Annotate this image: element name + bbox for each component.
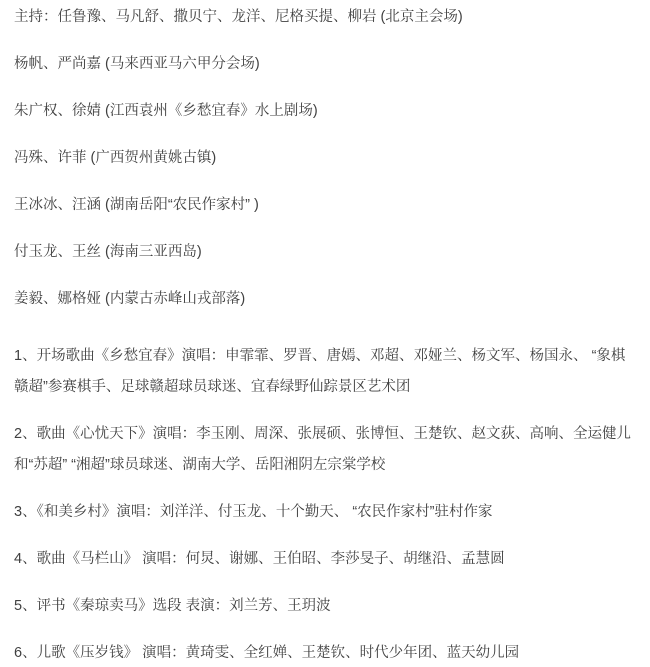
host-line: 王冰冰、汪涵 (湖南岳阳“农民作家村” ) (14, 190, 639, 221)
host-line: 杨帆、严尚嘉 (马来西亚马六甲分会场) (14, 49, 639, 80)
host-line: 主持：任鲁豫、马凡舒、撒贝宁、龙洋、尼格买提、柳岩 (北京主会场) (14, 2, 639, 33)
host-line: 姜毅、娜格娅 (内蒙古赤峰山戎部落) (14, 284, 639, 315)
host-line: 朱广权、徐婧 (江西袁州《乡愁宜春》水上剧场) (14, 96, 639, 127)
program-item: 4、歌曲《马栏山》 演唱：何炅、谢娜、王伯昭、李莎旻子、胡继沿、孟慧圆 (14, 544, 639, 575)
program-item: 2、歌曲《心忧天下》演唱：李玉刚、周深、张展硕、张博恒、王楚钦、赵文荻、高响、全… (14, 419, 639, 481)
program-item: 5、评书《秦琼卖马》选段 表演：刘兰芳、王玥波 (14, 591, 639, 622)
gala-program-document: 主持：任鲁豫、马凡舒、撒贝宁、龙洋、尼格买提、柳岩 (北京主会场)杨帆、严尚嘉 … (0, 0, 650, 667)
program-item: 3、《和美乡村》演唱：刘洋洋、付玉龙、十个勤天、 “农民作家村”驻村作家 (14, 497, 639, 528)
hosts-section: 主持：任鲁豫、马凡舒、撒贝宁、龙洋、尼格买提、柳岩 (北京主会场)杨帆、严尚嘉 … (14, 2, 639, 315)
program-section: 1、开场歌曲《乡愁宜春》演唱：申霏霏、罗晋、唐嫣、邓超、邓娅兰、杨文军、杨国永、… (14, 331, 639, 667)
host-line: 付玉龙、王丝 (海南三亚西岛) (14, 237, 639, 268)
program-item: 6、儿歌《压岁钱》 演唱：黄琦雯、全红婵、王楚钦、时代少年团、蓝天幼儿园 (14, 638, 639, 667)
program-item: 1、开场歌曲《乡愁宜春》演唱：申霏霏、罗晋、唐嫣、邓超、邓娅兰、杨文军、杨国永、… (14, 341, 639, 403)
host-line: 冯殊、许菲 (广西贺州黄姚古镇) (14, 143, 639, 174)
